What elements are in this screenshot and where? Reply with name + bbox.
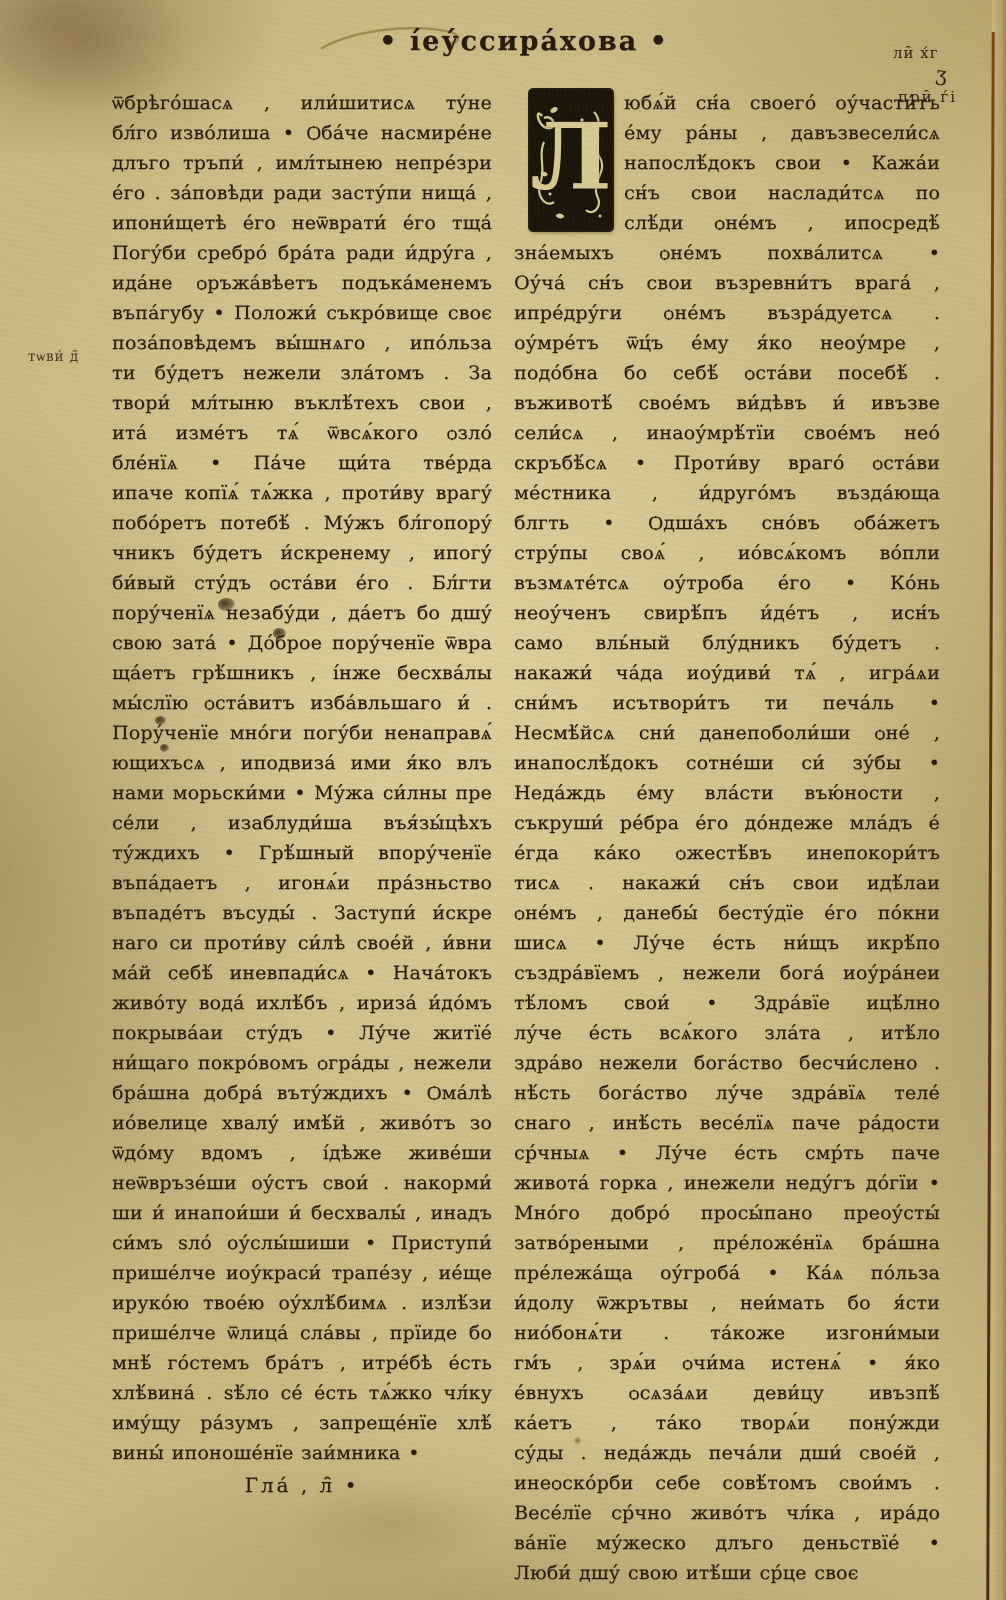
text-line: живо́ту вода́ ихлѣ́бъ , ириза́ и́до́мъ <box>112 988 492 1018</box>
text-line: въпа́даетъ , игонѧ́и пра́зньство <box>112 868 492 898</box>
text-line: ср́чныѧ • Лу́че е́сть смр́ть паче <box>514 1138 940 1168</box>
text-line: зна́емыхъ ѻне́мъ похва́литсѧ • <box>514 238 940 268</box>
text-line: свою зата́ • До́брое пору́ченїе ѿвра <box>112 628 492 658</box>
text-line: вины́ ипоноше́нїе заи́мника • <box>112 1438 492 1468</box>
right-column-lines: юбѧ́й сн́а своего́ оу́части́тъе́му ра́ны… <box>514 88 940 1588</box>
text-line: бле́нїѧ • Па́че щи́та тве́рда <box>112 448 492 478</box>
text-line: бра́шна добра́ въту́ждихъ • Ѻма́лѣ <box>112 1078 492 1108</box>
book-scan-page: { "document": { "header": { "title": "• … <box>0 0 1006 1600</box>
text-line: инеѻско́рби себе совѣ́томъ свои́мъ . <box>514 1468 940 1498</box>
text-line: сели́сѧ , инаоу́мрѣ́тїи свое́мъ нео́ <box>514 418 940 448</box>
text-line: здра́во нежели бога́ство бесчи́слено . <box>514 1048 940 1078</box>
text-line: Люби́ дшу́ свою итѣ́ши ср́це своє <box>514 1558 940 1588</box>
text-line: е́внухъ ѻсѧза́ѧи деви́цу ивъзпѣ́ <box>514 1378 940 1408</box>
text-line: въживотѣ́ свое́мъ ви́дѣвъ и́ ивъзве <box>514 388 940 418</box>
right-text-column: Л юбѧ́й сн́а своего́ оу́части́тъе́му ра́… <box>514 88 940 1588</box>
initial-letter: Л <box>530 110 611 202</box>
text-line: шисѧ • Лу́че е́сть ни́щъ икрѣ́по <box>514 928 940 958</box>
text-line: нѣ́сть бога́ство лу́че здра́вїѧ теле́ <box>514 1078 940 1108</box>
text-line: е́гда ка́ко ѻжестѣ́въ инепокори́тъ <box>514 838 940 868</box>
text-line: живота́ горка , инежели неду́гъ до́гїи • <box>514 1168 940 1198</box>
text-line: е́го . за́повѣди ради засту́пи нища́ , <box>112 178 492 208</box>
text-line: ща́етъ грѣ́шникъ , і́нже бесхва́лы <box>112 658 492 688</box>
text-line: напослѣ́докъ свои • Кажа́и <box>624 148 940 178</box>
text-line: сн́ъ свои наслади́тсѧ по <box>624 178 940 208</box>
text-line: Погу́би сребро́ бра́та ради и́дру́га , <box>112 238 492 268</box>
text-line: Оу́ча́ сн́ъ свои възревни́тъ врага́ , <box>514 268 940 298</box>
margin-note-tobit: тѡви́ д̑ <box>28 349 79 365</box>
text-line: затво́реными , пре́ложе́нїѧ бра́шна <box>514 1228 940 1258</box>
text-line: ме́стника , и́друго́мъ възда́юща <box>514 478 940 508</box>
text-line: е́му ра́ны , давъзвесели́сѧ <box>624 118 940 148</box>
text-line: су́ды . неда́ждь печа́ли дши́ свое́й , <box>514 1438 940 1468</box>
left-text-column: ѿбрѣго́шасѧ , или́шитисѧ ту́небл́го изво… <box>112 88 492 1502</box>
text-line: прише́лче ѿлица́ сла́вы , прїиде бо <box>112 1318 492 1348</box>
text-line: мнѣ́ го́стемъ бра́тъ , итре́бѣ е́сть <box>112 1348 492 1378</box>
text-line: чникъ бу́детъ и́скренему , ипогу́ <box>112 538 492 568</box>
text-line: подо́бна бо себѣ́ ѻста́ви посебѣ́ . <box>514 358 940 388</box>
text-line: ни́щаго покро́вомъ ѻгра́ды , нежели <box>112 1048 492 1078</box>
text-line: стру́пы своѧ́ , ио́всѧ́комъ во́пли <box>514 538 940 568</box>
text-line: ту́ждихъ • Грѣ́шный впору́ченїе <box>112 838 492 868</box>
text-line: си́мъ ѕло́ оу́слы́шиши • Приступи́ <box>112 1228 492 1258</box>
text-line: лу́че е́сть всѧ́кого зла́та , итѣ́ло <box>514 1018 940 1048</box>
text-line: пору́ченїѧ незабу́ди , да́етъ бо дшу́ <box>112 598 492 628</box>
text-line: ида́не ѻръжа́вѣетъ подъка́менемъ <box>112 268 492 298</box>
text-line: снаго , инѣ́сть весе́лїѧ паче ра́дости <box>514 1108 940 1138</box>
text-line: твори́ мл́тыню въклѣ́техъ свои , <box>112 388 492 418</box>
text-line: тѣ́ломъ свои́ • Здра́вїе ицѣ́лно <box>514 988 940 1018</box>
text-line: ѿбрѣго́шасѧ , или́шитисѧ ту́не <box>112 88 492 118</box>
text-line: пре́лежа́ща оу́гроба́ • Ка́ѧ по́льза <box>514 1258 940 1288</box>
text-line: длъго тръпи́ , имл́тынею непре́зри <box>112 148 492 178</box>
page-edge-strip <box>992 0 1006 1600</box>
folio-flourish-mark: ʒ <box>934 61 949 86</box>
margin-folio-ref: ли̑ х́г <box>893 44 998 63</box>
running-header-title: • і́еу́ссира́хова • <box>112 26 936 70</box>
parchment-page: • і́еу́ссира́хова • ли̑ х́г ʒ при̑ ѓі тѡ… <box>0 0 1006 1600</box>
text-line: оу́мре́тъ ѿц́ъ е́му я́ко неоу́мре , <box>514 328 940 358</box>
text-line: ѿдо́му вдомъ , і́дѣже живе́ши <box>112 1138 492 1168</box>
text-line: възмѧте́тсѧ оу́троба е́го • Ко́нь <box>514 568 940 598</box>
text-line: поза́повѣдемъ вы́шнѧго , ипо́льза <box>112 328 492 358</box>
text-line: би́вый сту́дъ ѻста́ви е́го . Бл́гти <box>112 568 492 598</box>
text-line: ющихъсѧ , иподвиза́ ими я́ко влъ <box>112 748 492 778</box>
text-line: неѿвръзе́ши оу́стъ свои́ . накорми́ <box>112 1168 492 1198</box>
text-line: бл́го изво́лиша • Ѻба́че насмире́не <box>112 118 492 148</box>
chapter-heading: Гла́ , л̑ • <box>112 1468 492 1502</box>
text-line: тисѧ . накажи́ сн́ъ свои идѣ́лаи <box>514 868 940 898</box>
text-line: ипаче копїѧ́ тѧ́жка , проти́ву врагу́ <box>112 478 492 508</box>
text-line: нио́бонѧ́ти . та́коже изгони́мыи <box>514 1318 940 1348</box>
text-line: покрыва́аи сту́дъ • Лу́че житїе́ <box>112 1018 492 1048</box>
text-line: въпаде́тъ въсуды́ . Заступи́ и́скре <box>112 898 492 928</box>
text-line: блгть • Ѻдша́хъ сно́въ ѻба́жетъ <box>514 508 940 538</box>
text-line: въпа́губу • Положи́ съкро́вище своє <box>112 298 492 328</box>
text-line: ѻне́мъ , данебы́ бесту́дїе е́го по́кни <box>514 898 940 928</box>
text-line: мы́слїю ѻста́витъ изба́вльшаго и́ . <box>112 688 492 718</box>
text-line: гм́ъ , зрѧ́и ѻчи́ма истенѧ́ • я́ко <box>514 1348 940 1378</box>
text-line: ируко́ю твое́ю оу́хлѣ́бимѧ . излѣ́зи <box>112 1288 492 1318</box>
text-line: ио́велице хвалу́ имѣ́й , живо́тъ зо <box>112 1108 492 1138</box>
text-line: Пору́ченїе мно́ги погу́би ненаправѧ́ <box>112 718 492 748</box>
text-line: ва́нїе му́жеско длъго деньствїе́ • <box>514 1528 940 1558</box>
text-line: и́долу ѿжрътвы , неи́мать бо я́сти <box>514 1288 940 1318</box>
text-line: сни́мъ исътвори́тъ ти печа́ль • <box>514 688 940 718</box>
text-line: прише́лче иоу́краси́ трапе́зу , ие́ще <box>112 1258 492 1288</box>
text-line: ка́етъ , та́ко творѧ́и пону́жди <box>514 1408 940 1438</box>
text-line: неоу́ченъ свирѣ́пъ и́де́тъ , исн́ъ <box>514 598 940 628</box>
left-column-lines: ѿбрѣго́шасѧ , или́шитисѧ ту́небл́го изво… <box>112 88 492 1468</box>
woodcut-initial-block: Л <box>530 90 612 230</box>
text-line: само вль́ный блу́дникъ бу́детъ . <box>514 628 940 658</box>
text-line: ши и́ инапои́ши и́ бесхвалы́ , инадъ <box>112 1198 492 1228</box>
text-line: ти бу́детъ нежели зла́томъ . За <box>112 358 492 388</box>
text-line: юбѧ́й сн́а своего́ оу́части́тъ <box>624 88 940 118</box>
text-line: съкруши́ ре́бра е́го до́ндеже мла́дъ е́ <box>514 808 940 838</box>
text-line: ита́ изме́тъ тѧ́ ѿвсѧ́кого ѻзло́ <box>112 418 492 448</box>
text-line: се́ли , изаблуди́ша въя́зы́цѣхъ <box>112 808 492 838</box>
text-line: Неда́ждь е́му вла́сти въю́ности , <box>514 778 940 808</box>
text-line: създра́вїемъ , нежели бога́ иоу́ра́неи <box>514 958 940 988</box>
text-line: ипре́дру́ги ѻне́мъ възра́дуетсѧ . <box>514 298 940 328</box>
text-line: ма́й себѣ́ иневпади́сѧ • Нача́токъ <box>112 958 492 988</box>
text-line: Мно́го добро́ просы́пано преоу́сты́ <box>514 1198 940 1228</box>
text-line: хлѣ́вина́ . ѕѣ́ло се́ е́сть тѧ́жко чл́ку <box>112 1378 492 1408</box>
text-line: Несмѣ́йсѧ сни́ данепоболи́ши ѻне́ , <box>514 718 940 748</box>
text-line: иму́щу ра́зумъ , запреще́нїе хлѣ́ <box>112 1408 492 1438</box>
text-line: Весе́лїе ср́чно живо́тъ чл́ка , ира́до <box>514 1498 940 1528</box>
text-line: инапослѣ́докъ сотне́ши си́ зу́бы • <box>514 748 940 778</box>
text-line: наго си проти́ву си́лѣ свое́й , и́вни <box>112 928 492 958</box>
text-line: ипони́щетѣ е́го неѿврати́ е́го тща́ <box>112 208 492 238</box>
text-line: слѣ́ди ѻне́мъ , ипосредѣ́ <box>624 208 940 238</box>
text-line: нами морьски́ми • Му́жа си́лны пре <box>112 778 492 808</box>
text-line: побо́ретъ потебѣ́ . Му́жъ бл́гопору́ <box>112 508 492 538</box>
text-line: накажи́ ча́да иоу́диви́ тѧ́ , игра́ѧи <box>514 658 940 688</box>
text-line: скръбѣ́сѧ • Проти́ву враго́ ѻста́ви <box>514 448 940 478</box>
